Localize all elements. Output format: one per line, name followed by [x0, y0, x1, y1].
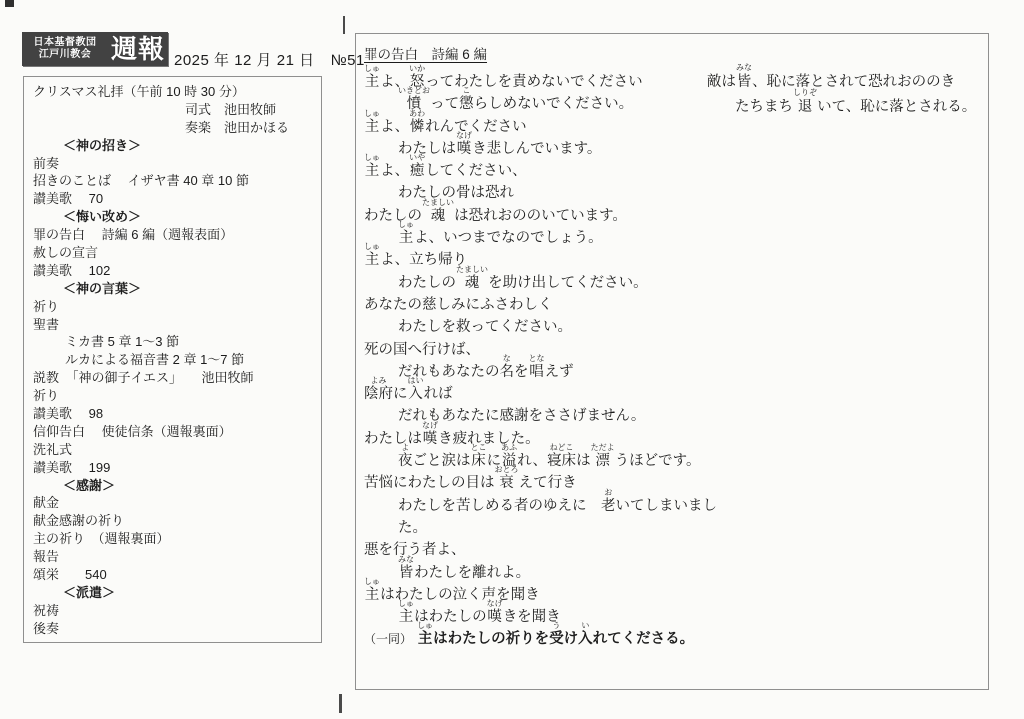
psalm-line: 主しゅよ、癒いやしてください、: [364, 160, 980, 182]
issue-date-line: 2025 年 12 月 21 日№51: [174, 49, 365, 70]
service-order-box: クリスマス礼拝（午前 10 時 30 分）司式 池田牧師奏楽 池田かほる＜神の招…: [23, 76, 322, 643]
ruby-word: 魂たましい: [465, 272, 480, 294]
psalm-line: 陰府よみに入はいれば: [364, 383, 980, 405]
psalm-line: 敵は皆みな、恥に落とされて恐れおののき: [707, 70, 987, 95]
service-line: 赦しの宣言: [33, 244, 312, 262]
furigana: たましい: [422, 199, 454, 207]
furigana: はい: [408, 377, 424, 385]
service-line: 説教 「神の御子イエス」 池田牧師: [33, 369, 312, 387]
furigana: な: [503, 355, 511, 363]
service-line: 讃美歌 98: [33, 405, 312, 423]
psalm-line: わたしは嘆なげき疲れました。: [364, 428, 980, 450]
service-line: 讃美歌 199: [33, 459, 312, 477]
psalm-line: （一同）主しゅはわたしの祈りを受うけ入いれてくださる。: [364, 628, 980, 650]
issue-date: 2025 年 12 月 21 日: [174, 52, 315, 69]
confession-title: 罪の告白 詩編 6 編: [364, 46, 487, 63]
service-title: クリスマス礼拝（午前 10 時 30 分）: [33, 83, 312, 101]
furigana: しゅ: [398, 600, 414, 608]
furigana: あわ: [409, 110, 425, 118]
furigana: なげ: [456, 132, 472, 140]
service-line: 罪の告白 詩編 6 編（週報表面）: [33, 226, 312, 244]
service-line: ルカによる福音書 2 章 1～7 節: [33, 351, 312, 369]
furigana: よみ: [371, 377, 387, 385]
psalm-line: わたしの魂たましいは恐れおののいています。: [364, 205, 980, 227]
confession-box: 罪の告白 詩編 6 編 主しゅよ、怒いかってわたしを責めないでください憤いきどお…: [355, 33, 989, 690]
furigana: みな: [736, 64, 752, 72]
ruby-word: 陰府よみ: [364, 383, 393, 405]
organist-line: 奏楽 池田かほる: [33, 119, 312, 137]
psalm-line: 苦悩にわたしの目は衰おとろえて行き: [364, 472, 980, 494]
service-line: 献金: [33, 494, 312, 512]
service-line: 聖書: [33, 316, 312, 334]
service-lines: クリスマス礼拝（午前 10 時 30 分）司式 池田牧師奏楽 池田かほる＜神の招…: [33, 83, 312, 638]
ruby-word: 入はい: [408, 383, 423, 405]
ruby-word: 主しゅ: [365, 249, 380, 271]
furigana: ただよ: [591, 444, 615, 452]
service-line: ミカ書 5 章 1～3 節: [33, 333, 312, 351]
ruby-word: 皆みな: [737, 70, 752, 95]
furigana: い: [581, 622, 589, 630]
bulletin-masthead: 週報: [108, 32, 168, 66]
service-line: 頌栄 540: [33, 566, 312, 584]
furigana: しゅ: [364, 110, 380, 118]
service-line: 祝祷: [33, 602, 312, 620]
ruby-word: 嘆なげ: [487, 606, 502, 628]
furigana: なげ: [487, 600, 503, 608]
furigana: う: [552, 622, 560, 630]
service-line: 前奏: [33, 155, 312, 173]
furigana: こ: [462, 87, 470, 95]
ruby-word: 主しゅ: [365, 584, 380, 606]
furigana: みな: [398, 556, 414, 564]
psalm-line: たちまち退しりぞいて、恥に落とされる。: [707, 95, 987, 120]
ruby-word: 主しゅ: [365, 116, 380, 138]
furigana: おとろ: [495, 466, 519, 474]
service-line: 献金感謝の祈り: [33, 512, 312, 530]
furigana: あふ: [501, 444, 517, 452]
ruby-word: 床とこ: [471, 450, 486, 472]
church-name-line1: 日本基督教団: [22, 37, 108, 50]
psalm-line: わたしの骨は恐れ: [364, 182, 980, 204]
service-line: 讃美歌 102: [33, 262, 312, 280]
furigana: いきどお: [398, 87, 430, 95]
psalm-line: わたしを救ってください。: [364, 316, 980, 338]
ruby-word: 老お: [601, 495, 616, 517]
psalm-line: 皆みなわたしを離れよ。: [364, 562, 980, 584]
section-heading: ＜神の言葉＞: [33, 280, 312, 298]
furigana: しゅ: [364, 243, 380, 251]
service-line: 信仰告白 使徒信条（週報裏面）: [33, 423, 312, 441]
psalm-line: わたしを苦しめる者のゆえに 老おいてしまいまし: [364, 495, 980, 517]
ruby-word: 魂たましい: [431, 205, 446, 227]
section-heading: ＜悔い改め＞: [33, 208, 312, 226]
service-line: 主の祈り （週報裏面）: [33, 530, 312, 548]
psalm-line: わたしの魂たましいを助け出してください。: [364, 272, 980, 294]
unison-prefix: （一同）: [364, 632, 412, 646]
ruby-word: 皆みな: [399, 562, 414, 584]
church-name-line2: 江戸川教会: [22, 49, 108, 62]
furigana: しゅ: [364, 65, 380, 73]
furigana: お: [604, 489, 612, 497]
ruby-word: 入い: [578, 628, 593, 650]
ruby-word: 主しゅ: [365, 71, 380, 93]
service-line: 報告: [33, 548, 312, 566]
psalm-line: 夜よごと涙は床とこに溢あふれ、寝床ねどこは漂ただようほどです。: [364, 450, 980, 472]
psalm-side-lines: 敵は皆みな、恥に落とされて恐れおののきたちまち退しりぞいて、恥に落とされる。: [707, 70, 987, 119]
ruby-word: 嘆なげ: [423, 428, 438, 450]
church-name: 日本基督教団 江戸川教会: [22, 37, 108, 62]
psalm-line: 悪を行う者よ、: [364, 539, 980, 561]
officiant-line: 司式 池田牧師: [33, 101, 312, 119]
furigana: しゅ: [364, 154, 380, 162]
scan-mark-bottom-center: [339, 694, 342, 713]
psalm-line: だれもあなたに感謝をささげません。: [364, 405, 980, 427]
service-line: 後奏: [33, 620, 312, 638]
furigana: とな: [529, 355, 545, 363]
furigana: しゅ: [417, 622, 433, 630]
furigana: ねどこ: [550, 444, 574, 452]
service-line: 招きのことば イザヤ書 40 章 10 節: [33, 172, 312, 190]
furigana: とこ: [471, 444, 487, 452]
section-heading: ＜神の招き＞: [33, 137, 312, 155]
scan-mark-top-left: [5, 0, 14, 7]
furigana: たましい: [456, 266, 488, 274]
ruby-word: 主しゅ: [418, 628, 433, 650]
furigana: しゅ: [398, 221, 414, 229]
psalm-line: 死の国へ行けば、: [364, 339, 980, 361]
ruby-word: 主しゅ: [399, 227, 414, 249]
service-line: 祈り: [33, 298, 312, 316]
psalm-line: あなたの慈しみにふさわしく: [364, 294, 980, 316]
section-heading: ＜感謝＞: [33, 477, 312, 495]
scan-mark-top-center: [343, 16, 345, 34]
psalm-line: わたしは嘆なげき悲しんでいます。: [364, 138, 980, 160]
ruby-word: 憐あわ: [410, 116, 425, 138]
psalm-lines: 主しゅよ、怒いかってわたしを責めないでください憤いきどおって懲こらしめないでくだ…: [364, 71, 980, 651]
ruby-word: 懲こ: [459, 93, 474, 115]
ruby-word: 受う: [549, 628, 564, 650]
furigana: いか: [409, 65, 425, 73]
ruby-word: 漂ただよ: [595, 450, 610, 472]
ruby-word: 退しりぞ: [798, 95, 813, 120]
ruby-word: 唱とな: [529, 361, 544, 383]
furigana: しゅ: [364, 578, 380, 586]
furigana: いや: [409, 154, 425, 162]
ruby-word: 癒いや: [410, 160, 425, 182]
psalm-line: 主しゅよ、いつまでなのでしょう。: [364, 227, 980, 249]
furigana: なげ: [422, 422, 438, 430]
ruby-word: 名な: [500, 361, 515, 383]
psalm-line: だれもあなたの名なを唱となえず: [364, 361, 980, 383]
psalm-line: 主しゅはわたしの嘆なげきを聞き: [364, 606, 980, 628]
ruby-word: 主しゅ: [399, 606, 414, 628]
ruby-word: 衰おとろ: [499, 472, 514, 494]
ruby-word: 寝床ねどこ: [547, 450, 576, 472]
masthead-box: 日本基督教団 江戸川教会 週報: [22, 32, 168, 66]
service-line: 祈り: [33, 387, 312, 405]
ruby-word: 夜よ: [398, 450, 413, 472]
psalm-line: た。: [364, 517, 980, 539]
ruby-word: 主しゅ: [365, 160, 380, 182]
service-line: 讃美歌 70: [33, 190, 312, 208]
service-line: 洗礼式: [33, 441, 312, 459]
section-heading: ＜派遣＞: [33, 584, 312, 602]
ruby-word: 嘆なげ: [457, 138, 472, 160]
psalm-line: 主しゅはわたしの泣く声を聞き: [364, 584, 980, 606]
furigana: しりぞ: [793, 89, 817, 97]
furigana: よ: [401, 444, 409, 452]
